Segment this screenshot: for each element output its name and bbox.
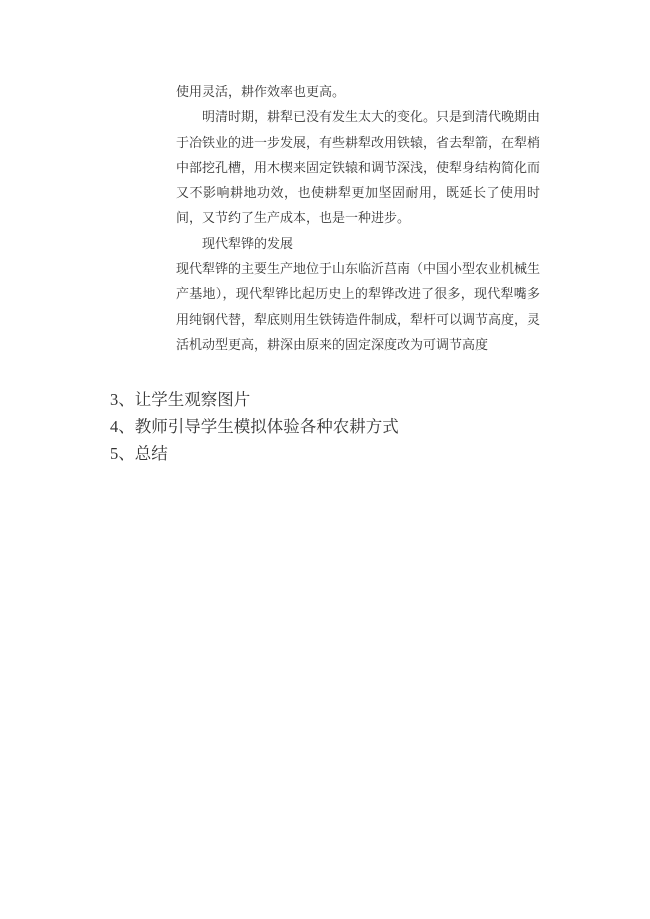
document-page: 使用灵活，耕作效率也更高。 明清时期，耕犁已没有发生太大的变化。只是到清代晚期由… [0,0,650,919]
list-item-4: 4、教师引导学生模拟体验各种农耕方式 [110,413,550,440]
paragraph-modern-plowshare-body: 现代犁铧的主要生产地位于山东临沂莒南（中国小型农业机械生产基地），现代犁铧比起历… [176,256,540,357]
body-text-block: 使用灵活，耕作效率也更高。 明清时期，耕犁已没有发生太大的变化。只是到清代晚期由… [176,79,540,357]
paragraph-ming-qing-period: 明清时期，耕犁已没有发生太大的变化。只是到清代晚期由于冶铁业的进一步发展，有些耕… [176,104,540,230]
paragraph-continuation: 使用灵活，耕作效率也更高。 [176,79,540,104]
list-item-5: 5、总结 [110,440,550,467]
lesson-steps-list: 3、让学生观察图片 4、教师引导学生模拟体验各种农耕方式 5、总结 [110,386,550,467]
paragraph-modern-plowshare-heading: 现代犁铧的发展 [176,231,540,256]
list-item-3: 3、让学生观察图片 [110,386,550,413]
